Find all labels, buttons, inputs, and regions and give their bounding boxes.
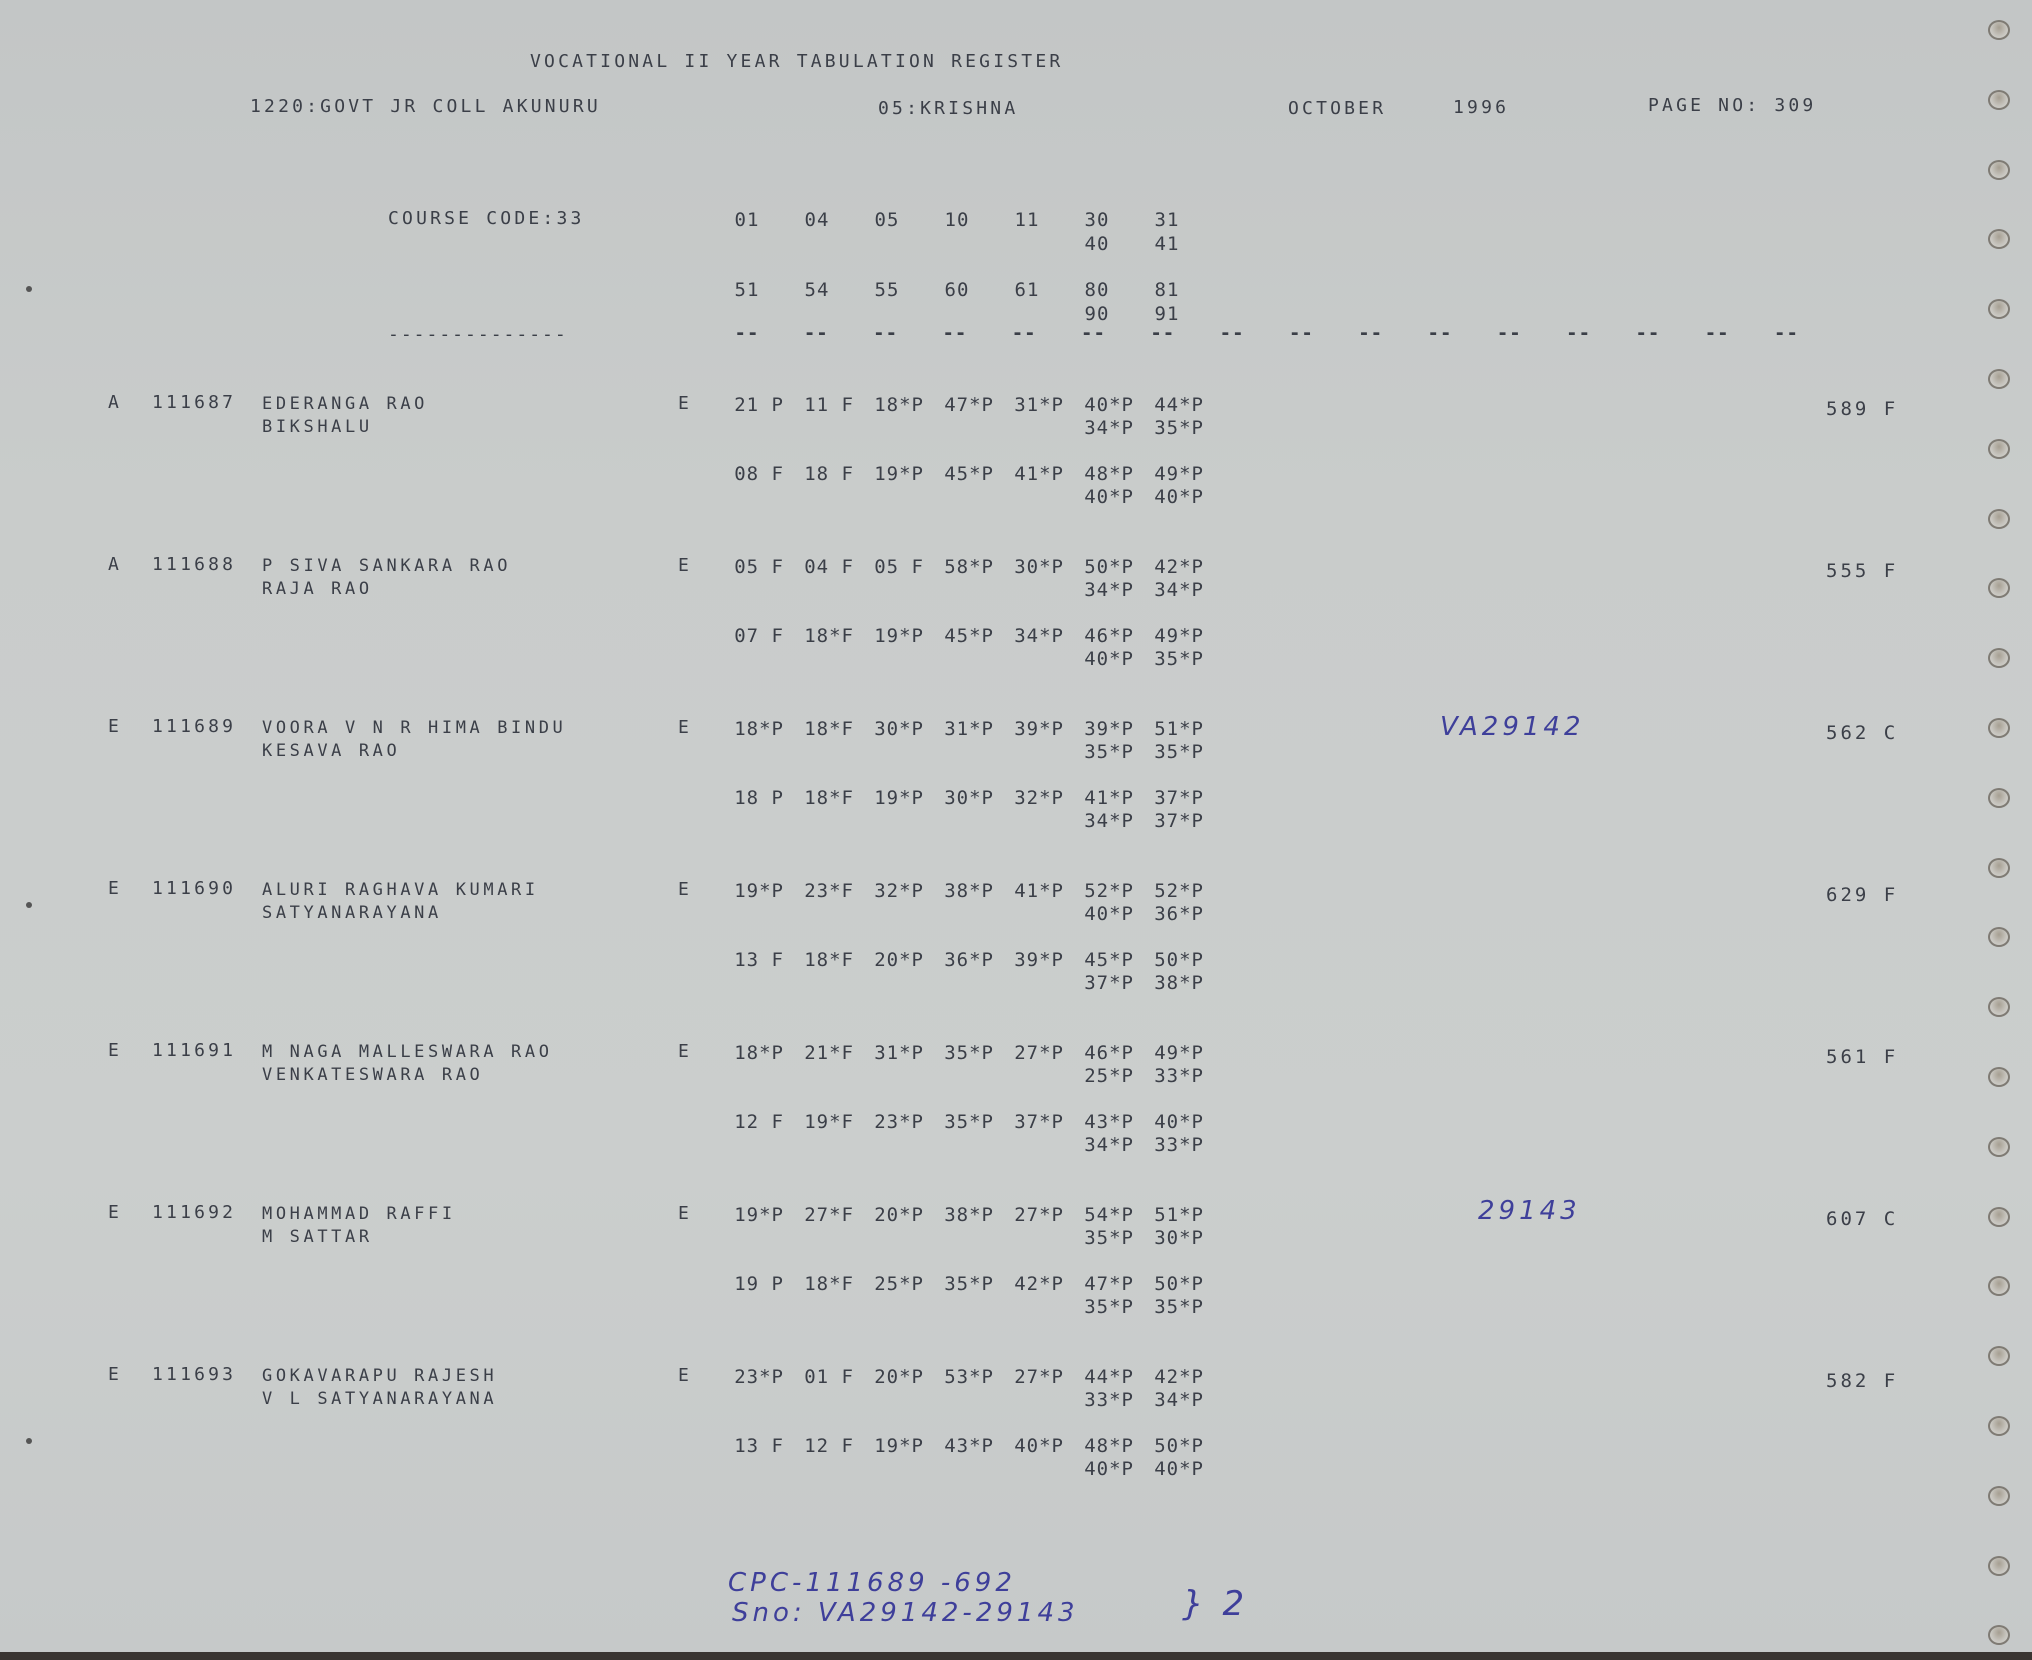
father-name: SATYANARAYANA (262, 902, 442, 924)
category-code: E (108, 1364, 122, 1386)
subject-code: 54 (792, 279, 842, 301)
student-name: MOHAMMAD RAFFI (262, 1203, 456, 1225)
subject-code: 41 (1142, 233, 1192, 255)
year1-mark: 53*P (926, 1366, 994, 1388)
total-result: 629 F (1826, 884, 1898, 906)
subject-code: 01 (722, 209, 772, 231)
year2-mark: 40*P (996, 1435, 1064, 1457)
student-name: EDERANGA RAO (262, 393, 428, 415)
total-result: 561 F (1826, 1046, 1898, 1068)
subject-code: 51 (722, 279, 772, 301)
year2-mark: 35*P (1136, 648, 1204, 670)
column-divider: -- (1623, 322, 1673, 344)
year2-mark: 23*P (856, 1111, 924, 1133)
handwritten-serial-number: 29143 (1478, 1196, 1581, 1226)
tabulation-register-page: VOCATIONAL II YEAR TABULATION REGISTER 1… (0, 0, 2032, 1660)
father-name: V L SATYANARAYANA (262, 1388, 497, 1410)
year1-mark: 58*P (926, 556, 994, 578)
handwritten-serial-number: VA29142 (1440, 712, 1585, 742)
subject-code: 80 (1072, 279, 1122, 301)
year2-mark: 35*P (926, 1273, 994, 1295)
feed-hole (1988, 1416, 2010, 1436)
year1-mark: 30*P (856, 718, 924, 740)
year1-mark: 21 P (716, 394, 784, 416)
year1-mark: 18*P (856, 394, 924, 416)
feed-hole (1988, 1556, 2010, 1576)
year2-mark: 43*P (926, 1435, 994, 1457)
category-code: A (108, 554, 122, 576)
year1-mark: 01 F (786, 1366, 854, 1388)
year2-mark: 33*P (1136, 1134, 1204, 1156)
feed-hole (1988, 927, 2010, 947)
punch-mark (26, 286, 32, 292)
year1-mark: 34*P (1066, 579, 1134, 601)
column-divider: -- (1554, 322, 1604, 344)
subject-code: 11 (1002, 209, 1052, 231)
year2-mark: 48*P (1066, 1435, 1134, 1457)
feed-hole (1988, 997, 2010, 1017)
category-code: E (108, 1202, 122, 1224)
year1-mark: 27*P (996, 1042, 1064, 1064)
handwritten-note-line2: Sno: VA29142-29143 (732, 1598, 1079, 1628)
column-divider: -- (1138, 322, 1188, 344)
year1-mark: 33*P (1136, 1065, 1204, 1087)
column-divider: -- (861, 322, 911, 344)
year2-mark: 45*P (1066, 949, 1134, 971)
year1-mark: 21*F (786, 1042, 854, 1064)
feed-hole (1988, 160, 2010, 180)
year2-mark: 08 F (716, 463, 784, 485)
year1-mark: 35*P (1136, 741, 1204, 763)
category-code: A (108, 392, 122, 414)
subject-code: 40 (1072, 233, 1122, 255)
feed-hole (1988, 858, 2010, 878)
year2-mark: 25*P (856, 1273, 924, 1295)
year1-mark: 27*P (996, 1204, 1064, 1226)
year1-mark: 05 F (856, 556, 924, 578)
year1-mark: 18*F (786, 718, 854, 740)
year2-mark: 49*P (1136, 463, 1204, 485)
column-divider: -- (1346, 322, 1396, 344)
roll-number: 111690 (152, 878, 236, 900)
year1-mark: 44*P (1136, 394, 1204, 416)
feed-hole (1988, 509, 2010, 529)
year2-mark: 37*P (996, 1111, 1064, 1133)
subject-code: 04 (792, 209, 842, 231)
year2-mark: 45*P (926, 625, 994, 647)
feed-hole (1988, 788, 2010, 808)
column-divider: -- (1484, 322, 1534, 344)
feed-hole (1988, 90, 2010, 110)
subject-code: 55 (862, 279, 912, 301)
feed-hole (1988, 648, 2010, 668)
punch-mark (26, 902, 32, 908)
year2-mark: 12 F (786, 1435, 854, 1457)
year1-mark: 35*P (1136, 417, 1204, 439)
year1-mark: 25*P (1066, 1065, 1134, 1087)
year1-mark: 23*P (716, 1366, 784, 1388)
year1-mark: 31*P (926, 718, 994, 740)
year2-mark: 18 F (786, 463, 854, 485)
column-divider: -- (930, 322, 980, 344)
total-result: 562 C (1826, 722, 1898, 744)
course-code: COURSE CODE:33 (388, 208, 585, 230)
year1-mark: 27*P (996, 1366, 1064, 1388)
year1-mark: 54*P (1066, 1204, 1134, 1226)
year2-mark: 18*F (786, 1273, 854, 1295)
year2-mark: 19*P (856, 787, 924, 809)
year1-mark: 41*P (996, 880, 1064, 902)
subject-code: 05 (862, 209, 912, 231)
medium-code: E (678, 555, 692, 577)
year2-mark: 13 F (716, 1435, 784, 1457)
exam-month: OCTOBER (1288, 98, 1386, 120)
year2-mark: 40*P (1066, 648, 1134, 670)
exam-year: 1996 (1453, 97, 1509, 119)
feed-hole (1988, 1486, 2010, 1506)
total-result: 582 F (1826, 1370, 1898, 1392)
medium-code: E (678, 1041, 692, 1063)
year2-mark: 12 F (716, 1111, 784, 1133)
column-divider: -- (1276, 322, 1326, 344)
year2-mark: 40*P (1136, 1458, 1204, 1480)
handwritten-bracket-note: } 2 (1182, 1584, 1248, 1624)
roll-number: 111688 (152, 554, 236, 576)
year2-mark: 19 P (716, 1273, 784, 1295)
year1-mark: 31*P (996, 394, 1064, 416)
year1-mark: 40*P (1066, 394, 1134, 416)
subject-code: 10 (932, 209, 982, 231)
roll-number: 111693 (152, 1364, 236, 1386)
year2-mark: 18*F (786, 949, 854, 971)
year2-mark: 35*P (1136, 1296, 1204, 1318)
year2-mark: 34*P (996, 625, 1064, 647)
medium-code: E (678, 393, 692, 415)
father-name: M SATTAR (262, 1226, 373, 1248)
column-divider: -- (791, 322, 841, 344)
medium-code: E (678, 1365, 692, 1387)
year1-mark: 35*P (1066, 1227, 1134, 1249)
year1-mark: 30*P (996, 556, 1064, 578)
father-name: BIKSHALU (262, 416, 373, 438)
register-title: VOCATIONAL II YEAR TABULATION REGISTER (530, 51, 1063, 73)
year2-mark: 43*P (1066, 1111, 1134, 1133)
year1-mark: 33*P (1066, 1389, 1134, 1411)
roll-number: 111691 (152, 1040, 236, 1062)
year1-mark: 30*P (1136, 1227, 1204, 1249)
year2-mark: 38*P (1136, 972, 1204, 994)
year2-mark: 41*P (1066, 787, 1134, 809)
year2-mark: 35*P (1066, 1296, 1134, 1318)
year2-mark: 19*F (786, 1111, 854, 1133)
feed-hole (1988, 439, 2010, 459)
subject-code: 60 (932, 279, 982, 301)
feed-hole (1988, 1346, 2010, 1366)
feed-hole (1988, 299, 2010, 319)
feed-hole (1988, 1276, 2010, 1296)
college-name: 1220:GOVT JR COLL AKUNURU (250, 96, 601, 118)
column-divider: -- (1762, 322, 1812, 344)
year1-mark: 38*P (926, 880, 994, 902)
year2-mark: 19*P (856, 625, 924, 647)
total-result: 607 C (1826, 1208, 1898, 1230)
year2-mark: 34*P (1066, 810, 1134, 832)
medium-code: E (678, 879, 692, 901)
course-underline: -------------- (388, 324, 568, 346)
year1-mark: 11 F (786, 394, 854, 416)
column-divider: -- (1692, 322, 1742, 344)
year1-mark: 42*P (1136, 1366, 1204, 1388)
medium-code: E (678, 1203, 692, 1225)
roll-number: 111692 (152, 1202, 236, 1224)
year1-mark: 19*P (716, 880, 784, 902)
year1-mark: 39*P (996, 718, 1064, 740)
feed-hole (1988, 229, 2010, 249)
year2-mark: 37*P (1136, 810, 1204, 832)
year2-mark: 42*P (996, 1273, 1064, 1295)
year2-mark: 49*P (1136, 625, 1204, 647)
year2-mark: 40*P (1136, 486, 1204, 508)
year2-mark: 19*P (856, 1435, 924, 1457)
year1-mark: 39*P (1066, 718, 1134, 740)
year2-mark: 40*P (1136, 1111, 1204, 1133)
year2-mark: 40*P (1066, 486, 1134, 508)
year2-mark: 18*F (786, 787, 854, 809)
year2-mark: 32*P (996, 787, 1064, 809)
feed-hole (1988, 1137, 2010, 1157)
category-code: E (108, 716, 122, 738)
year1-mark: 44*P (1066, 1366, 1134, 1388)
year1-mark: 18*P (716, 1042, 784, 1064)
year1-mark: 51*P (1136, 718, 1204, 740)
handwritten-note-line1: CPC-111689 -692 (728, 1568, 1016, 1598)
year1-mark: 23*F (786, 880, 854, 902)
year2-mark: 50*P (1136, 949, 1204, 971)
student-name: GOKAVARAPU RAJESH (262, 1365, 497, 1387)
feed-hole (1988, 578, 2010, 598)
feed-hole (1988, 718, 2010, 738)
student-name: VOORA V N R HIMA BINDU (262, 717, 566, 739)
year2-mark: 37*P (1136, 787, 1204, 809)
year1-mark: 35*P (1066, 741, 1134, 763)
student-name: P SIVA SANKARA RAO (262, 555, 511, 577)
year1-mark: 20*P (856, 1366, 924, 1388)
year1-mark: 04 F (786, 556, 854, 578)
feed-hole (1988, 1207, 2010, 1227)
feed-hole (1988, 20, 2010, 40)
total-result: 555 F (1826, 560, 1898, 582)
column-divider: -- (1069, 322, 1119, 344)
column-divider: -- (1415, 322, 1465, 344)
column-divider: -- (1207, 322, 1257, 344)
column-divider: -- (999, 322, 1049, 344)
year1-mark: 34*P (1136, 1389, 1204, 1411)
year2-mark: 07 F (716, 625, 784, 647)
column-divider: -- (722, 322, 772, 344)
year1-mark: 47*P (926, 394, 994, 416)
father-name: VENKATESWARA RAO (262, 1064, 483, 1086)
year2-mark: 41*P (996, 463, 1064, 485)
year2-mark: 18*F (786, 625, 854, 647)
paper-edge (0, 1652, 2032, 1660)
year2-mark: 50*P (1136, 1435, 1204, 1457)
category-code: E (108, 1040, 122, 1062)
year1-mark: 52*P (1066, 880, 1134, 902)
year1-mark: 27*F (786, 1204, 854, 1226)
year2-mark: 48*P (1066, 463, 1134, 485)
page-number: PAGE NO: 309 (1648, 95, 1816, 117)
year1-mark: 51*P (1136, 1204, 1204, 1226)
year2-mark: 50*P (1136, 1273, 1204, 1295)
year1-mark: 32*P (856, 880, 924, 902)
year1-mark: 35*P (926, 1042, 994, 1064)
subject-code: 61 (1002, 279, 1052, 301)
district-name: 05:KRISHNA (878, 98, 1018, 120)
year2-mark: 39*P (996, 949, 1064, 971)
father-name: KESAVA RAO (262, 740, 400, 762)
subject-code: 30 (1072, 209, 1122, 231)
year2-mark: 45*P (926, 463, 994, 485)
year2-mark: 30*P (926, 787, 994, 809)
category-code: E (108, 878, 122, 900)
roll-number: 111689 (152, 716, 236, 738)
feed-hole (1988, 1625, 2010, 1645)
year2-mark: 13 F (716, 949, 784, 971)
punch-mark (26, 1438, 32, 1444)
year1-mark: 52*P (1136, 880, 1204, 902)
year2-mark: 37*P (1066, 972, 1134, 994)
year2-mark: 34*P (1066, 1134, 1134, 1156)
year1-mark: 40*P (1066, 903, 1134, 925)
year1-mark: 34*P (1136, 579, 1204, 601)
student-name: M NAGA MALLESWARA RAO (262, 1041, 553, 1063)
year1-mark: 38*P (926, 1204, 994, 1226)
feed-hole (1988, 1067, 2010, 1087)
year1-mark: 50*P (1066, 556, 1134, 578)
year1-mark: 05 F (716, 556, 784, 578)
year1-mark: 18*P (716, 718, 784, 740)
year1-mark: 20*P (856, 1204, 924, 1226)
year2-mark: 35*P (926, 1111, 994, 1133)
feed-hole (1988, 369, 2010, 389)
subject-code: 31 (1142, 209, 1192, 231)
year2-mark: 46*P (1066, 625, 1134, 647)
year2-mark: 20*P (856, 949, 924, 971)
year1-mark: 34*P (1066, 417, 1134, 439)
year1-mark: 19*P (716, 1204, 784, 1226)
student-name: ALURI RAGHAVA KUMARI (262, 879, 539, 901)
medium-code: E (678, 717, 692, 739)
subject-code: 81 (1142, 279, 1192, 301)
year1-mark: 46*P (1066, 1042, 1134, 1064)
year1-mark: 36*P (1136, 903, 1204, 925)
year2-mark: 19*P (856, 463, 924, 485)
year2-mark: 36*P (926, 949, 994, 971)
year1-mark: 49*P (1136, 1042, 1204, 1064)
year2-mark: 18 P (716, 787, 784, 809)
total-result: 589 F (1826, 398, 1898, 420)
father-name: RAJA RAO (262, 578, 373, 600)
year1-mark: 42*P (1136, 556, 1204, 578)
roll-number: 111687 (152, 392, 236, 414)
year2-mark: 40*P (1066, 1458, 1134, 1480)
year1-mark: 31*P (856, 1042, 924, 1064)
year2-mark: 47*P (1066, 1273, 1134, 1295)
